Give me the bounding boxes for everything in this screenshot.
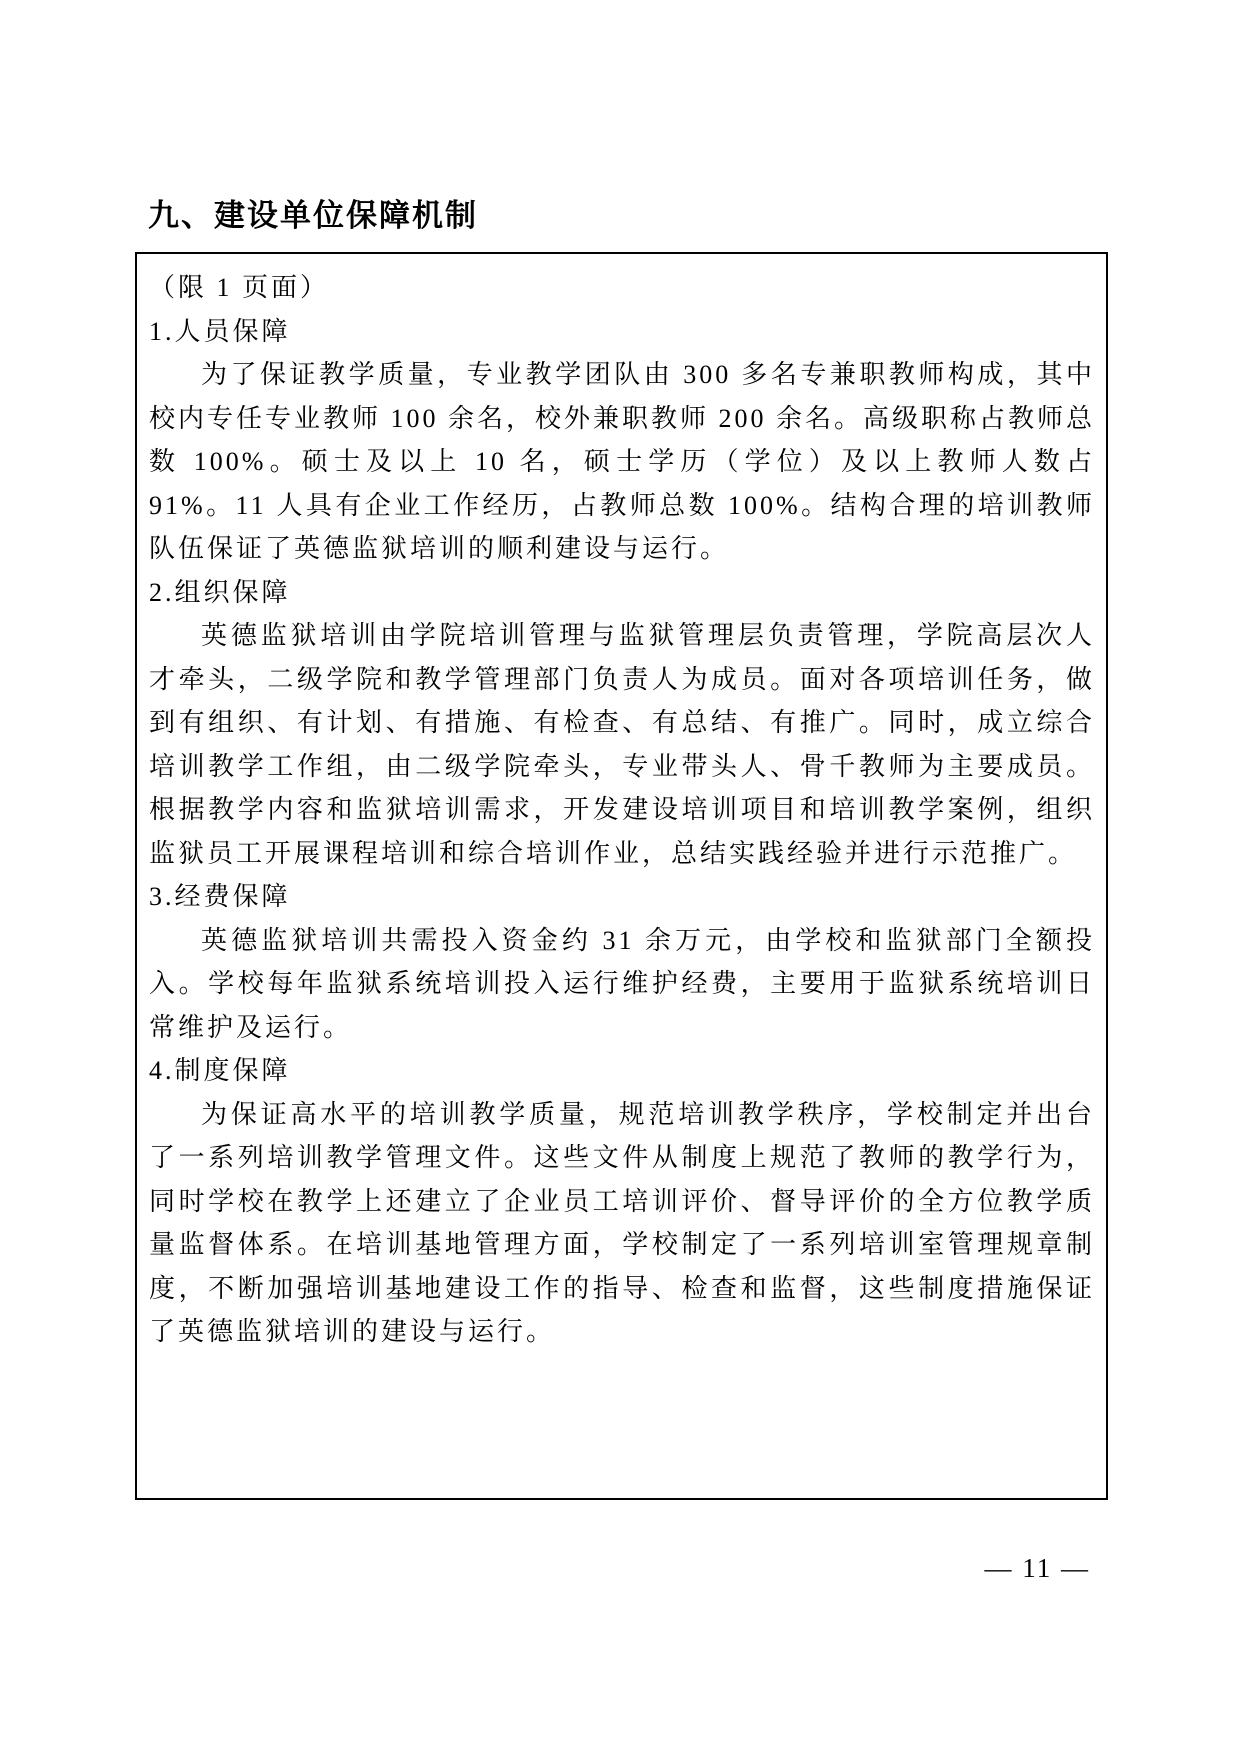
section-body-funding: 英德监狱培训共需投入资金约 31 余万元，由学校和监狱部门全额投入。学校每年监狱… <box>149 919 1095 1050</box>
section-body-institution: 为保证高水平的培训教学质量，规范培训教学秩序，学校制定并出台了一系列培训教学管理… <box>149 1093 1095 1354</box>
section-heading-institution: 4.制度保障 <box>149 1049 1095 1093</box>
section-heading-funding: 3.经费保障 <box>149 875 1095 919</box>
section-body-personnel: 为了保证教学质量，专业教学团队由 300 多名专兼职教师构成，其中校内专任专业教… <box>149 353 1095 571</box>
page-title: 九、建设单位保障机制 <box>148 196 478 236</box>
section-institution: 4.制度保障 为保证高水平的培训教学质量，规范培训教学秩序，学校制定并出台了一系… <box>149 1049 1095 1354</box>
document-page: 九、建设单位保障机制 （限 1 页面） 1.人员保障 为了保证教学质量，专业教学… <box>0 0 1240 1753</box>
form-content-box: （限 1 页面） 1.人员保障 为了保证教学质量，专业教学团队由 300 多名专… <box>135 252 1108 1500</box>
page-limit-note: （限 1 页面） <box>149 266 1095 310</box>
section-funding: 3.经费保障 英德监狱培训共需投入资金约 31 余万元，由学校和监狱部门全额投入… <box>149 875 1095 1049</box>
section-heading-organization: 2.组织保障 <box>149 571 1095 615</box>
section-body-organization: 英德监狱培训由学院培训管理与监狱管理层负责管理，学院高层次人才牵头，二级学院和教… <box>149 614 1095 875</box>
section-personnel: 1.人员保障 为了保证教学质量，专业教学团队由 300 多名专兼职教师构成，其中… <box>149 310 1095 571</box>
section-heading-personnel: 1.人员保障 <box>149 310 1095 354</box>
page-number: — 11 — <box>985 1553 1091 1584</box>
section-organization: 2.组织保障 英德监狱培训由学院培训管理与监狱管理层负责管理，学院高层次人才牵头… <box>149 571 1095 876</box>
